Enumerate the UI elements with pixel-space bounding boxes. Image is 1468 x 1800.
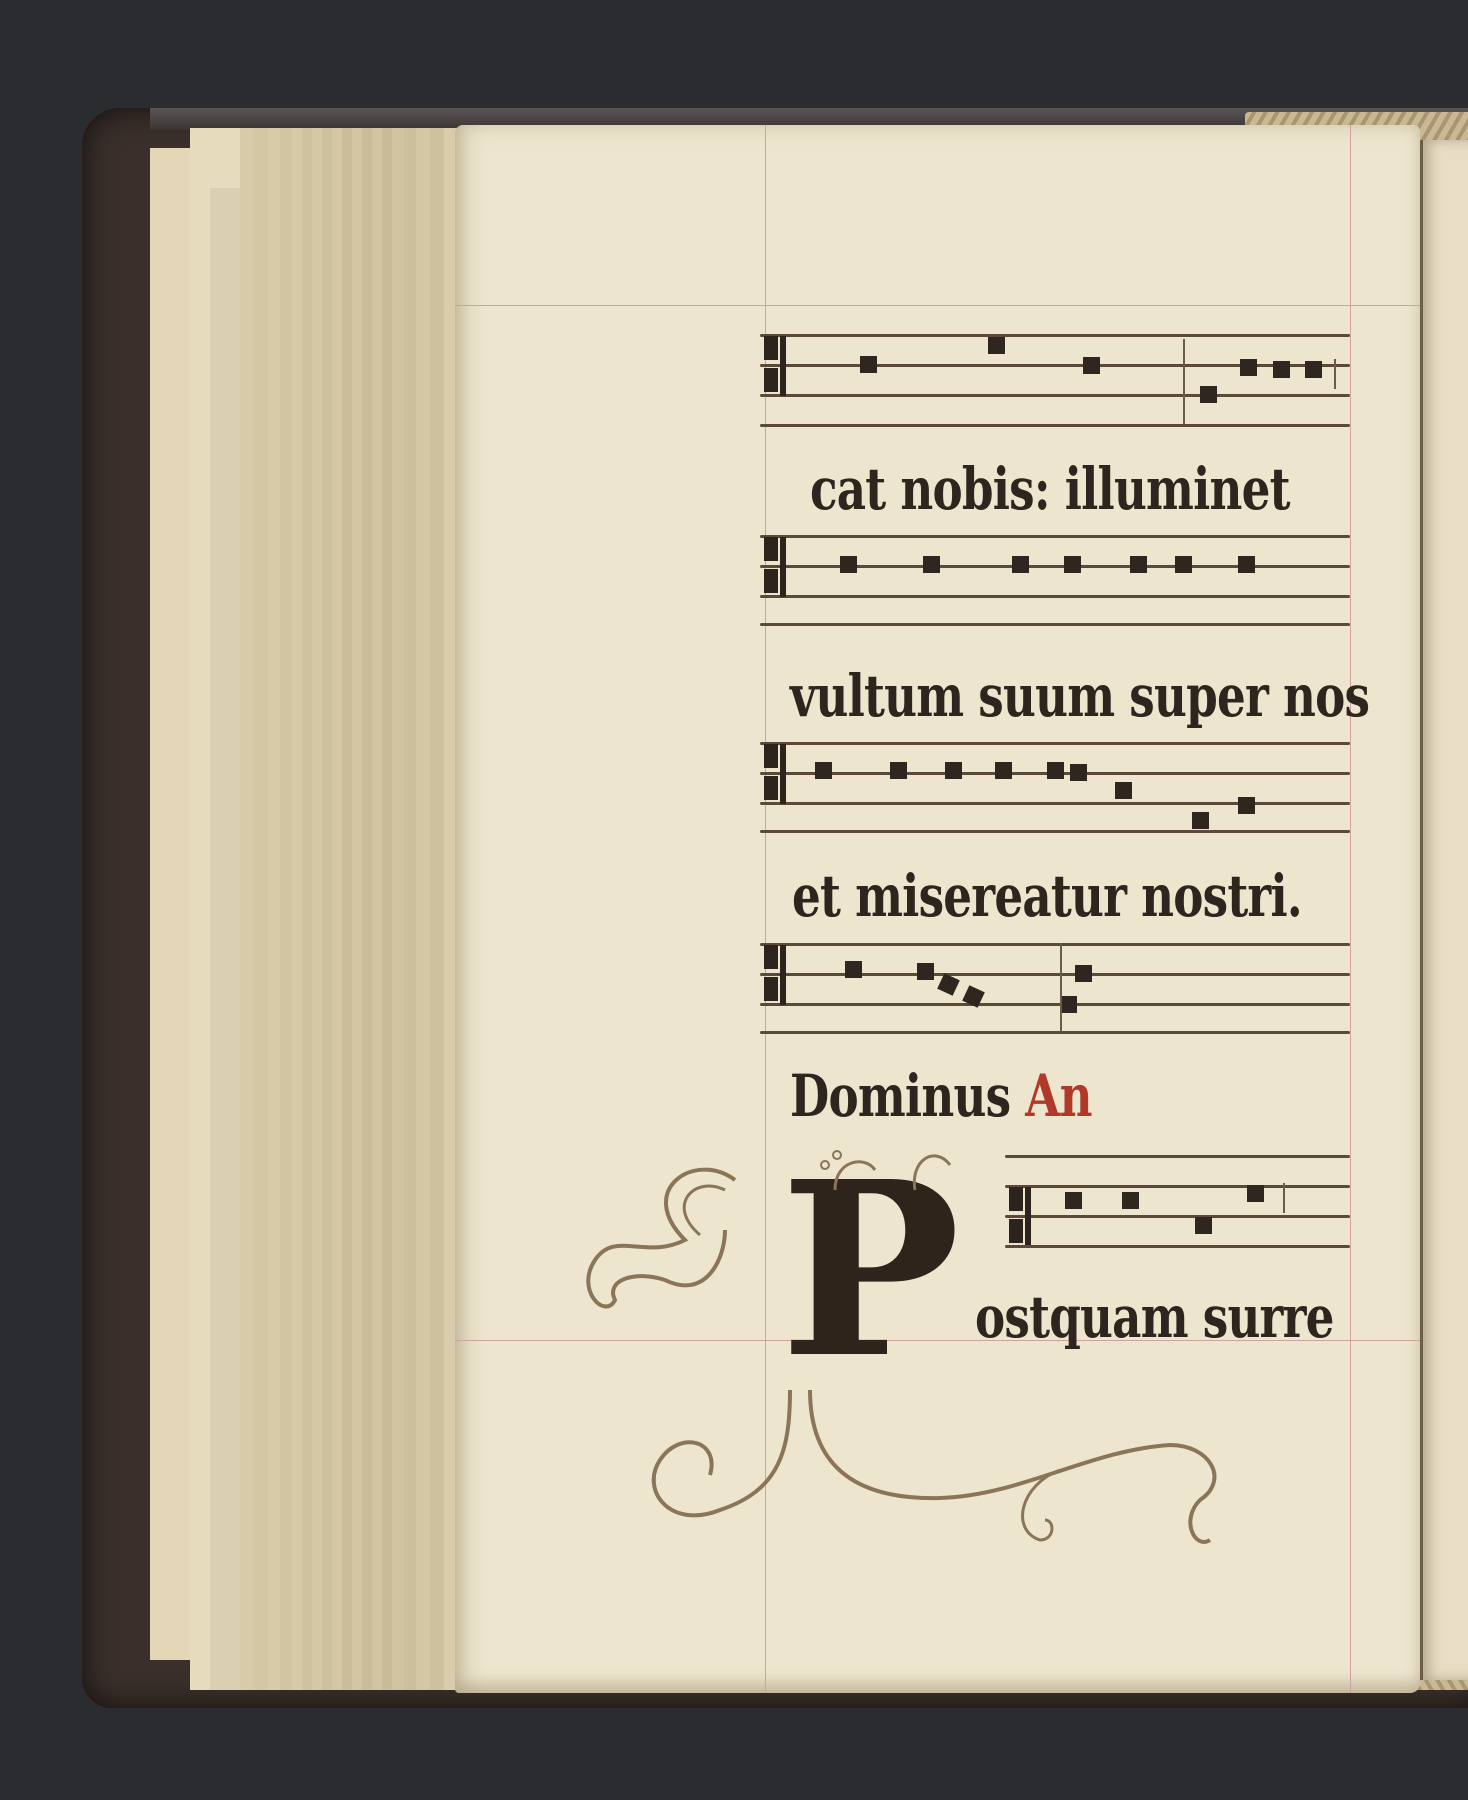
music-staff-2 [760,535,1350,629]
text-line-1: cat nobis: illuminet [810,455,1290,523]
fanned-leaves [150,128,460,1690]
ruling-line-top [455,305,1420,306]
music-staff-3 [760,742,1350,836]
c-clef-icon [1009,1187,1033,1245]
c-clef-icon [764,945,788,1003]
c-clef-icon [764,336,788,394]
text-line-4: Dominus An [790,1062,1092,1130]
music-staff-4 [760,943,1350,1037]
rubric-antiphon: An [1025,1062,1091,1130]
music-staff-5 [1005,1155,1350,1249]
flourish-bottom-icon [640,1390,1260,1580]
text-line-3: et misereatur nostri. [792,862,1302,930]
text-line-2: vultum suum super nos [790,662,1369,730]
decorated-initial-p: P [745,1150,965,1430]
text-line-5: ostquam surre [975,1283,1334,1351]
right-page-edge [1420,140,1468,1680]
flourish-top-icon [805,1140,965,1220]
c-clef-icon [764,537,788,595]
music-staff-1 [760,334,1350,428]
c-clef-icon [764,744,788,802]
ruling-line-right [1350,125,1351,1693]
text-dominus: Dominus [790,1062,1010,1130]
